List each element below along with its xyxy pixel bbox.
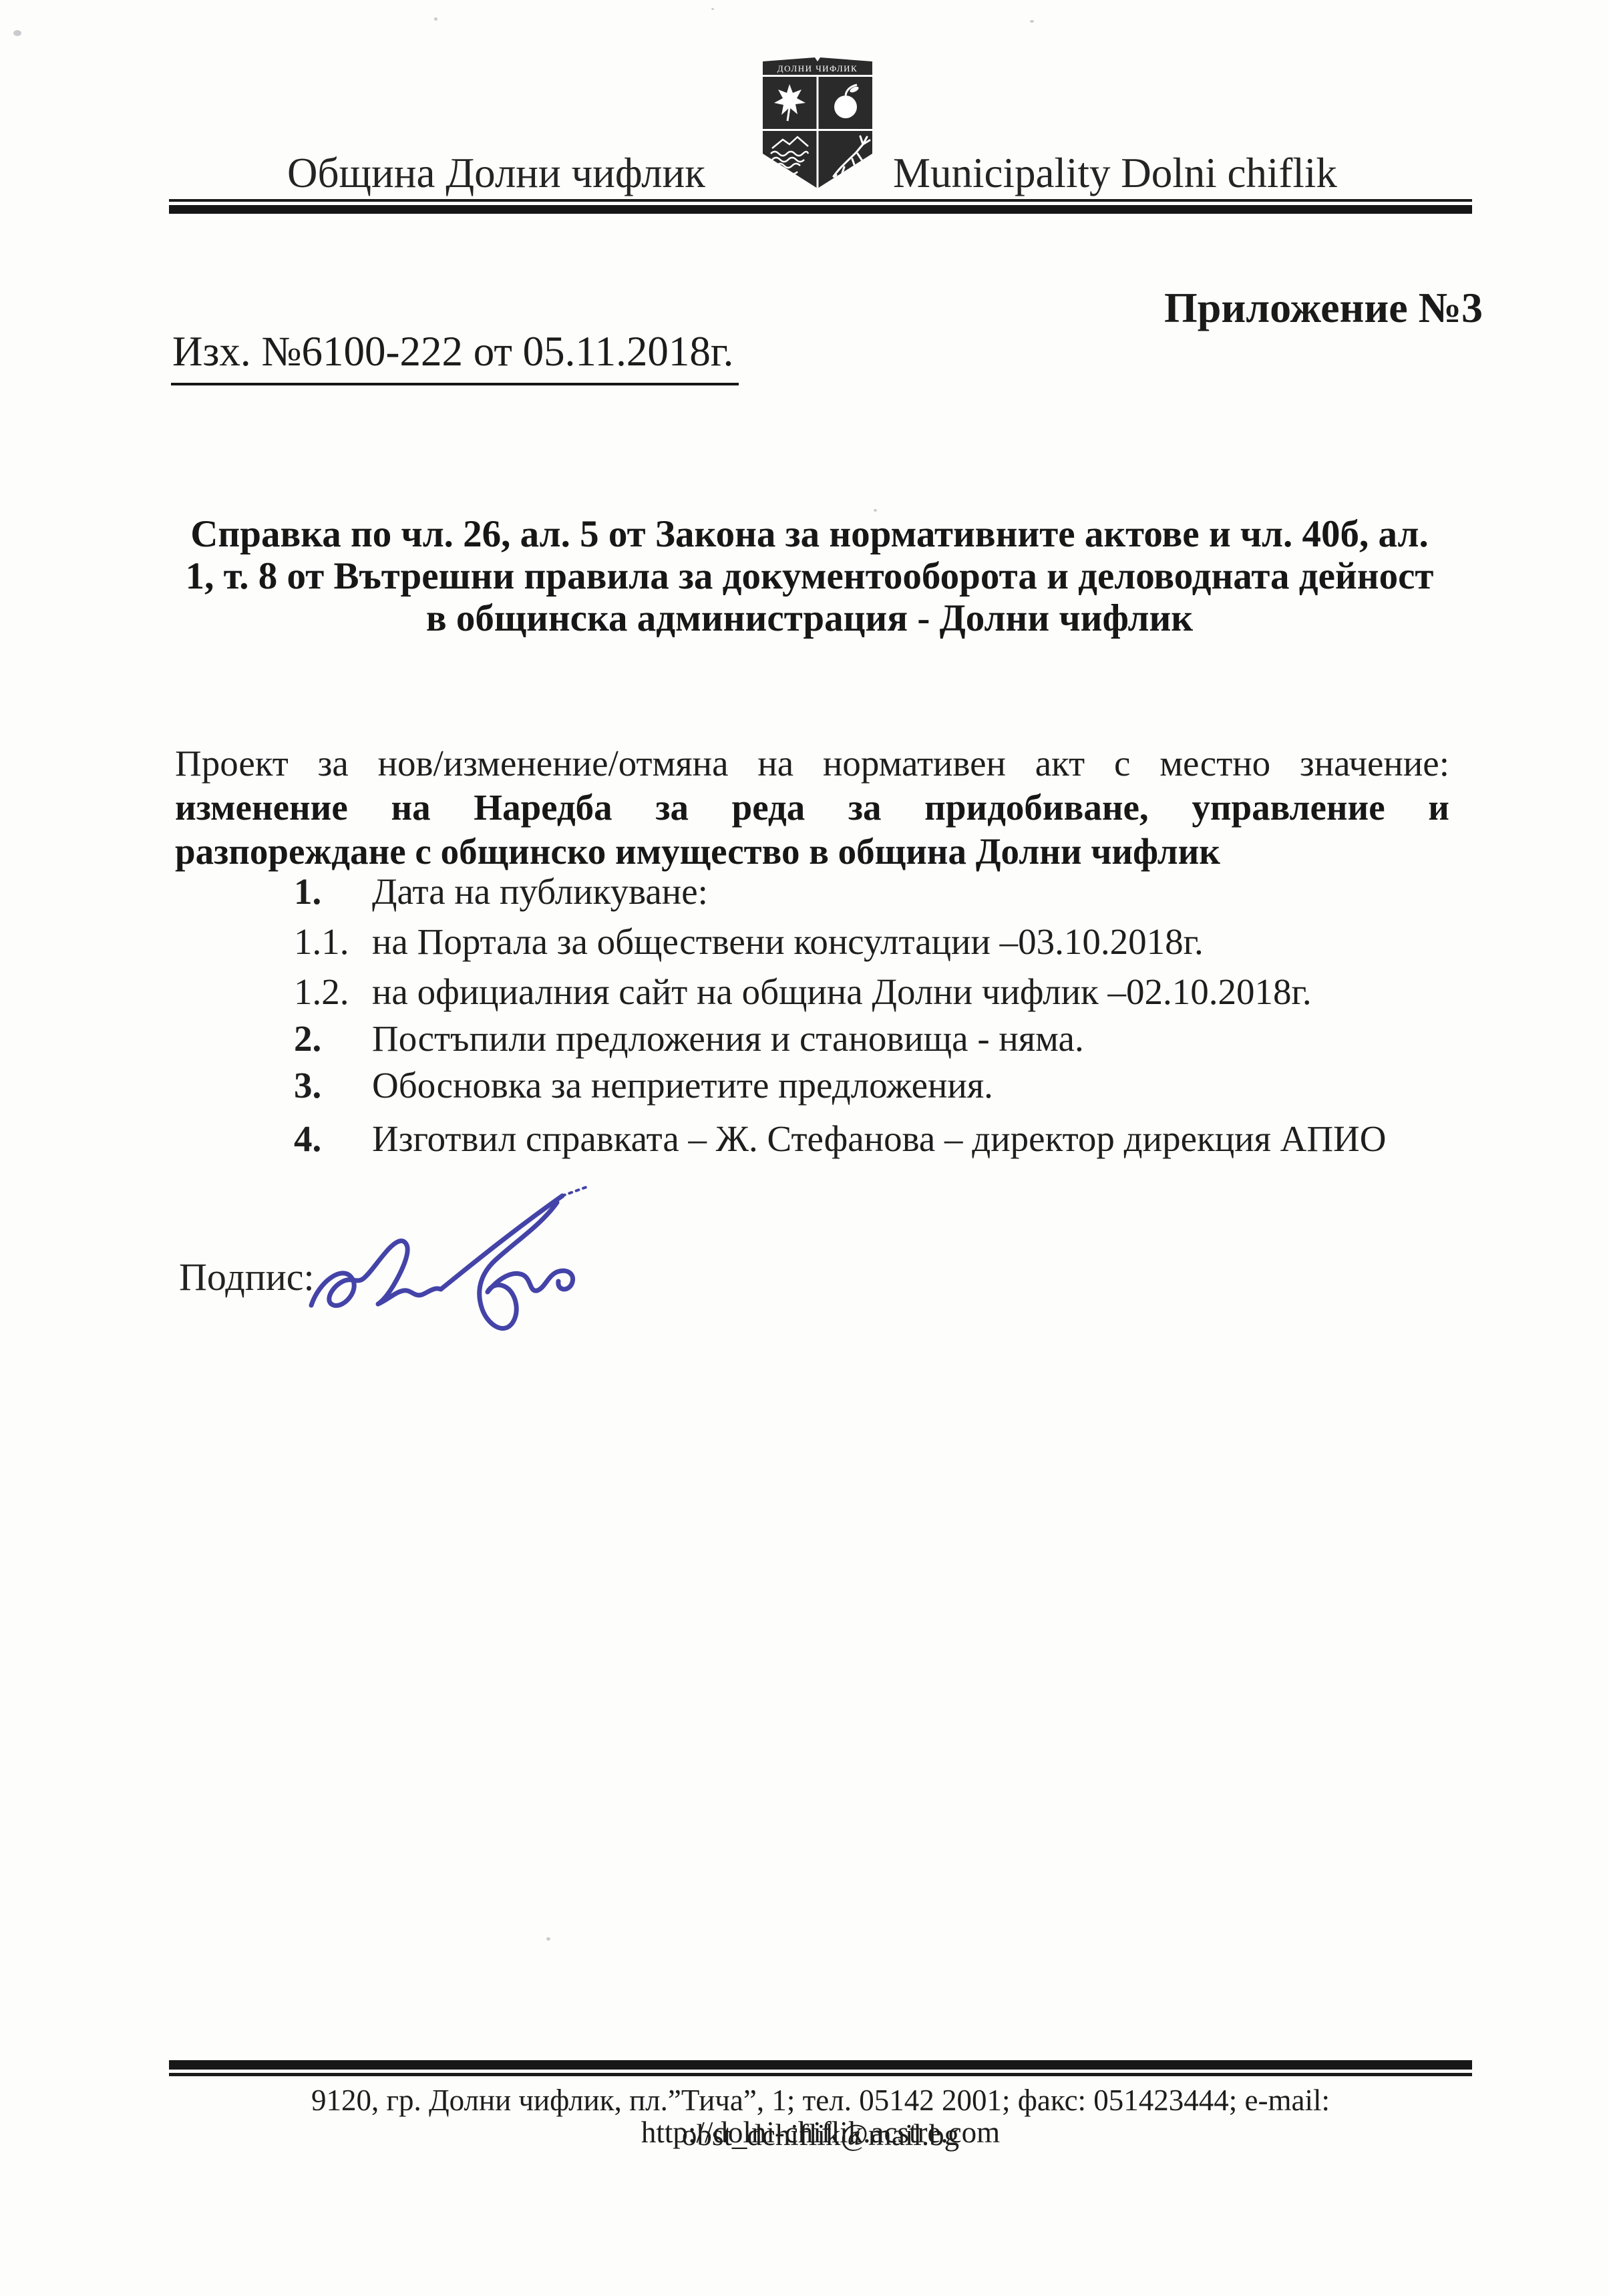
- list-item: 4.Изготвил справката – Ж. Стефанова – ди…: [294, 1118, 1387, 1160]
- list-item: 1.2.на официалния сайт на община Долни ч…: [294, 971, 1312, 1013]
- list-item-text: Дата на публикуване:: [372, 871, 708, 912]
- footer-website-line: http://dolni-chiflik.acstre.com: [169, 2115, 1472, 2150]
- list-item-number: 1.: [294, 871, 372, 913]
- handwritten-signature: [287, 1173, 601, 1353]
- signature-stroke: [441, 1196, 562, 1289]
- signature-stroke: [562, 1187, 586, 1196]
- signature-stroke: [488, 1271, 573, 1292]
- outgoing-ref-number: Изх. №6100-222 от 05.11.2018г.: [171, 327, 739, 385]
- list-item-text: Постъпили предложения и становища - няма…: [372, 1018, 1084, 1059]
- org-name-english: Municipality Dolni chiflik: [893, 150, 1337, 196]
- list-item: 3.Обосновка за неприетите предложения.: [294, 1065, 993, 1106]
- scan-speck: [1030, 20, 1034, 23]
- signature-stroke: [480, 1202, 557, 1328]
- list-item-number: 1.2.: [294, 971, 372, 1013]
- list-item: 1.Дата на публикуване:: [294, 871, 708, 913]
- list-item-text: на официалния сайт на община Долни чифли…: [372, 971, 1312, 1012]
- org-name-bulgarian: Община Долни чифлик: [287, 150, 705, 196]
- list-item-text: Обосновка за неприетите предложения.: [372, 1065, 993, 1106]
- intro-line-1: Проект за нов/изменение/отмяна на нормат…: [175, 742, 1449, 786]
- intro-line-2: изменение на Наредба за реда за придобив…: [175, 786, 1449, 830]
- municipality-coat-of-arms: ДОЛНИ ЧИФЛИК: [759, 55, 876, 191]
- list-item-number: 4.: [294, 1118, 372, 1160]
- list-item-text: Изготвил справката – Ж. Стефанова – дире…: [372, 1118, 1387, 1159]
- header-rule: [169, 199, 1472, 214]
- emblem-label: ДОЛНИ ЧИФЛИК: [777, 63, 858, 73]
- list-item: 2.Постъпили предложения и становища - ня…: [294, 1018, 1084, 1059]
- list-item-number: 2.: [294, 1018, 372, 1059]
- scan-speck: [434, 17, 437, 21]
- title-line-3: в общинска администрация - Долни чифлик: [167, 597, 1452, 639]
- scan-speck: [13, 30, 21, 36]
- scan-speck: [874, 509, 877, 512]
- list-item-number: 1.1.: [294, 921, 372, 963]
- scan-speck: [546, 1937, 550, 1941]
- scan-speck: [711, 8, 714, 10]
- intro-line-3: разпореждане с общинско имущество в общи…: [175, 830, 1449, 874]
- list-item: 1.1.на Портала за обществени консултации…: [294, 921, 1204, 963]
- document-page: Община Долни чифлик Municipality Dolni c…: [0, 0, 1609, 2296]
- title-line-2: 1, т. 8 от Вътрешни правила за документо…: [167, 555, 1452, 597]
- title-line-1: Справка по чл. 26, ал. 5 от Закона за но…: [167, 513, 1452, 555]
- list-item-number: 3.: [294, 1065, 372, 1106]
- signature-stroke: [311, 1241, 441, 1306]
- annex-label: Приложение №3: [1164, 283, 1483, 333]
- intro-paragraph: Проект за нов/изменение/отмяна на нормат…: [175, 742, 1449, 874]
- footer-rule: [169, 2060, 1472, 2076]
- list-item-text: на Портала за обществени консултации –03…: [372, 921, 1204, 962]
- document-title: Справка по чл. 26, ал. 5 от Закона за но…: [167, 513, 1452, 639]
